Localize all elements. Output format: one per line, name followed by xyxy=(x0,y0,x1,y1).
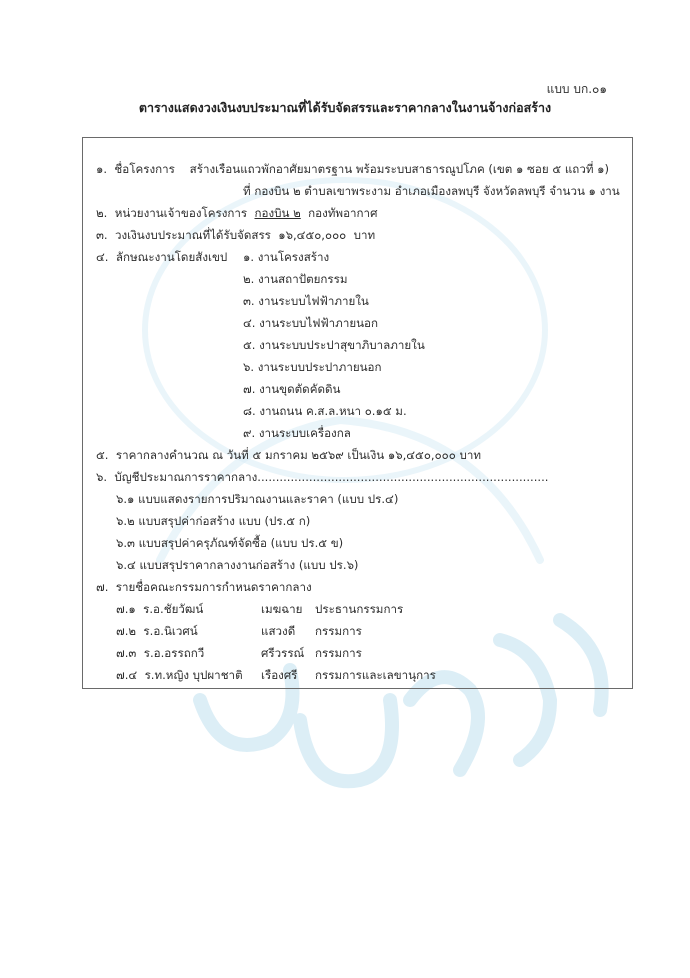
work-item: ๗. งานขุดตัดคัดดิน xyxy=(243,381,340,399)
member-role: ประธานกรรมการ xyxy=(315,601,403,619)
estimate-sub-item: ๖.๒ แบบสรุปค่าก่อสร้าง แบบ (ปร.๕ ก) xyxy=(116,513,310,531)
item-7: ๗. รายชื่อคณะกรรมการกำหนดราคากลาง xyxy=(96,579,312,597)
work-item: ๖. งานระบบประปาภายนอก xyxy=(243,359,382,377)
project-name-line1: สร้างเรือนแถวพักอาศัยมาตรฐาน พร้อมระบบสา… xyxy=(190,162,609,176)
project-name-line2: ที่ กองบิน ๒ ตำบลเขาพระงาม อำเภอเมืองลพบ… xyxy=(243,183,620,201)
item-4-label: ลักษณะงานโดยสังเขป xyxy=(116,250,227,264)
work-item: ๑. งานโครงสร้าง xyxy=(243,249,329,267)
item-7-number: ๗. xyxy=(96,580,108,594)
reference-price-text: ราคากลางคำนวณ ณ วันที่ ๕ มกราคม ๒๕๖๙ เป็… xyxy=(116,448,481,462)
item-5-number: ๕. xyxy=(96,448,108,462)
item-3-number: ๓. xyxy=(96,228,108,242)
item-1-label: ชื่อโครงการ xyxy=(114,162,174,176)
budget-currency: บาท xyxy=(354,228,376,242)
item-2: ๒. หน่วยงานเจ้าของโครงการ กองบิน ๒ กองทั… xyxy=(96,205,377,223)
work-item: ๙. งานระบบเครื่องกล xyxy=(243,425,351,443)
item-6: ๖. บัญชีประมาณการราคากลาง...............… xyxy=(96,469,548,487)
owner-unit: กองบิน ๒ xyxy=(255,206,301,220)
member-surname: ศรีวรรณ์ xyxy=(261,645,304,663)
member-no: ๗.๔ xyxy=(116,668,137,682)
item-3: ๓. วงเงินงบประมาณที่ได้รับจัดสรร ๑๖,๔๕๐,… xyxy=(96,227,375,245)
form-code: แบบ บก.๐๑ xyxy=(547,80,607,99)
estimate-sub-item: ๖.๓ แบบสรุปค่าครุภัณฑ์จัดซื้อ (แบบ ปร.๕ … xyxy=(116,535,343,553)
estimate-sub-item: ๖.๑ แบบแสดงรายการปริมาณงานและราคา (แบบ ป… xyxy=(116,491,398,509)
item-1-number: ๑. xyxy=(96,162,107,176)
item-1: ๑. ชื่อโครงการ สร้างเรือนแถวพักอาศัยมาตร… xyxy=(96,161,609,179)
member-name: ร.ท.หญิง บุปผาชาติ xyxy=(145,668,243,682)
work-item: ๔. งานระบบไฟฟ้าภายนอก xyxy=(243,315,378,333)
work-item: ๓. งานระบบไฟฟ้าภายใน xyxy=(243,293,369,311)
item-6-number: ๖. xyxy=(96,470,107,484)
member-surname: เมฆฉาย xyxy=(261,601,302,619)
item-2-number: ๒. xyxy=(96,206,107,220)
committee-member: ๗.๔ ร.ท.หญิง บุปผาชาติ xyxy=(116,667,243,685)
work-item: ๕. งานระบบประปาสุขาภิบาลภายใน xyxy=(243,337,425,355)
member-name: ร.อ.อรรถกวี xyxy=(144,646,205,660)
item-4: ๔. ลักษณะงานโดยสังเขป xyxy=(96,249,227,267)
member-no: ๗.๑ xyxy=(116,602,136,616)
work-item: ๘. งานถนน ค.ส.ล.หนา ๐.๑๕ ม. xyxy=(243,403,407,421)
member-name: ร.อ.ชัยวัฒน์ xyxy=(143,602,203,616)
committee-member: ๗.๑ ร.อ.ชัยวัฒน์ xyxy=(116,601,203,619)
item-7-label: รายชื่อคณะกรรมการกำหนดราคากลาง xyxy=(116,580,312,594)
item-2-label: หน่วยงานเจ้าของโครงการ xyxy=(115,206,247,220)
owner-parent: กองทัพอากาศ xyxy=(308,206,377,220)
member-surname: เรืองศรี xyxy=(261,667,297,685)
member-no: ๗.๓ xyxy=(116,646,136,660)
item-6-label: บัญชีประมาณการราคากลาง..................… xyxy=(114,470,548,484)
member-role: กรรมการ xyxy=(315,623,362,641)
item-4-number: ๔. xyxy=(96,250,108,264)
estimate-sub-item: ๖.๔ แบบสรุปราคากลางงานก่อสร้าง (แบบ ปร.๖… xyxy=(116,557,358,575)
document-title: ตารางแสดงวงเงินงบประมาณที่ได้รับจัดสรรแล… xyxy=(0,98,690,118)
budget-amount: ๑๖,๔๕๐,๐๐๐ xyxy=(278,228,346,242)
committee-member: ๗.๓ ร.อ.อรรถกวี xyxy=(116,645,204,663)
committee-member: ๗.๒ ร.อ.นิเวศน์ xyxy=(116,623,198,641)
member-role: กรรมการ xyxy=(315,645,362,663)
item-5: ๕. ราคากลางคำนวณ ณ วันที่ ๕ มกราคม ๒๕๖๙ … xyxy=(96,447,481,465)
item-3-label: วงเงินงบประมาณที่ได้รับจัดสรร xyxy=(115,228,271,242)
member-no: ๗.๒ xyxy=(116,624,136,638)
member-name: ร.อ.นิเวศน์ xyxy=(143,624,197,638)
work-item: ๒. งานสถาปัตยกรรม xyxy=(243,271,348,289)
member-role: กรรมการและเลขานุการ xyxy=(315,667,436,685)
member-surname: แสวงดี xyxy=(261,623,295,641)
